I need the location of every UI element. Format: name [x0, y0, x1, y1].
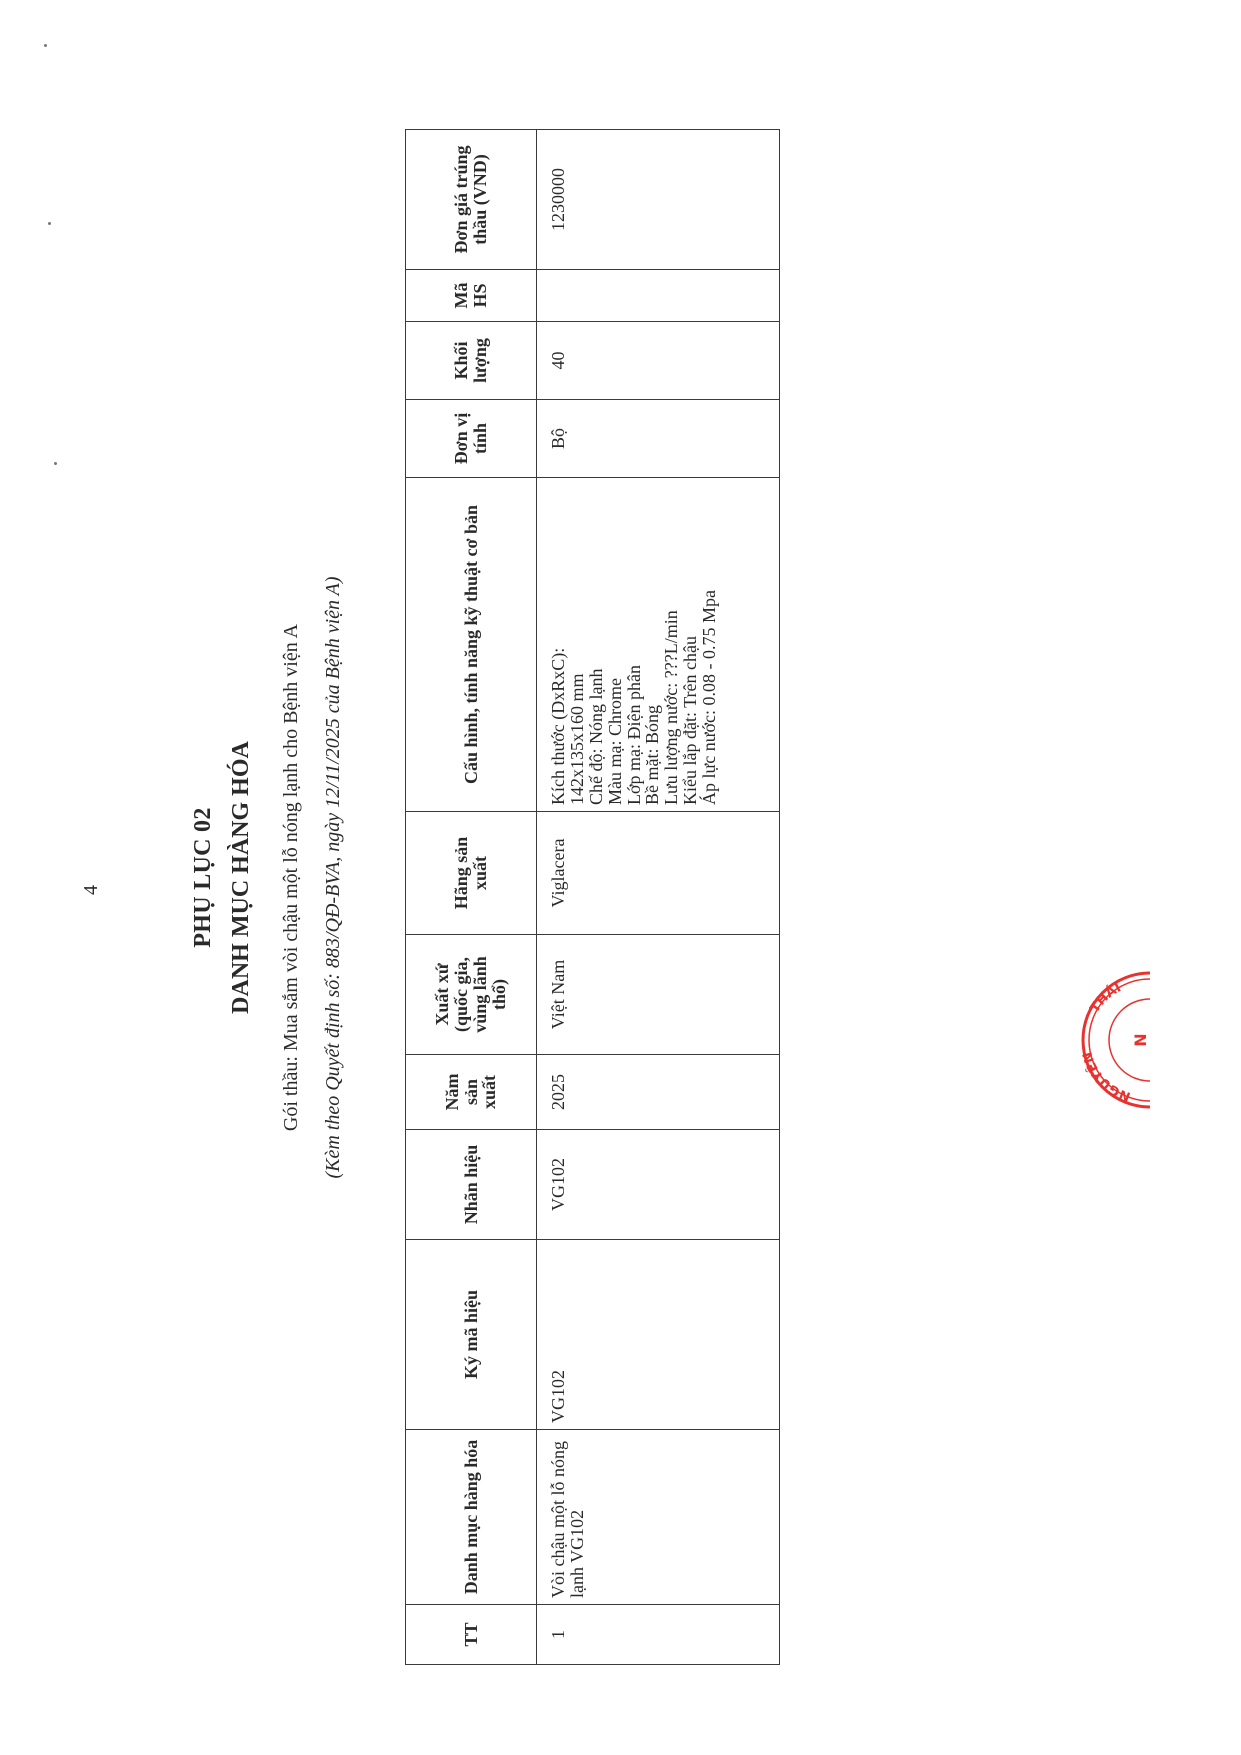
col-header-tt: TT: [406, 1605, 537, 1665]
col-header-specs: Cấu hình, tính năng kỹ thuật cơ bản: [406, 478, 537, 812]
col-header-manufacturer: Hãng sản xuất: [406, 812, 537, 935]
col-header-quantity: Khối lượng: [406, 322, 537, 400]
seal-text-bottom: NGUYÊN: [1080, 1050, 1132, 1104]
col-header-brand: Nhãn hiệu: [406, 1130, 537, 1240]
cell-unit-price: 1230000: [537, 130, 780, 270]
spec-line: Kích thước (DxRxC):: [549, 484, 568, 805]
spec-line: 142x135x160 mm: [568, 484, 587, 805]
col-header-model-code: Ký mã hiệu: [406, 1240, 537, 1430]
cell-manufacturer: Viglacera: [537, 812, 780, 935]
cell-year: 2025: [537, 1055, 780, 1130]
col-header-year: Năm sản xuất: [406, 1055, 537, 1130]
cell-model-code: VG102: [537, 1240, 780, 1430]
cell-origin: Việt Nam: [537, 935, 780, 1055]
spec-line: Lưu lượng nước: ???L/min: [662, 484, 681, 805]
cell-item: Vòi chậu một lỗ nóng lạnh VG102: [537, 1430, 780, 1605]
seal-stamp-icon: NGUYÊN THÁI N: [1070, 965, 1220, 1115]
header-row: TT Danh mục hàng hóa Ký mã hiệu Nhãn hiệ…: [406, 130, 537, 1665]
spec-line: Chế độ: Nóng lạnh: [587, 484, 606, 805]
page-number: 4: [80, 885, 103, 895]
col-header-unit: Đơn vị tính: [406, 400, 537, 478]
scan-speck: [54, 462, 57, 465]
appendix-title: PHỤ LỤC 02: [190, 0, 217, 1755]
col-header-origin: Xuất xứ (quốc gia, vùng lãnh thổ): [406, 935, 537, 1055]
rotated-page: 4 PHỤ LỤC 02 DANH MỤC HÀNG HÓA Gói thầu:…: [0, 0, 1241, 1755]
cell-unit: Bộ: [537, 400, 780, 478]
cell-specs: Kích thước (DxRxC): 142x135x160 mm Chế đ…: [537, 478, 780, 812]
col-header-hs-code: Mã HS: [406, 270, 537, 322]
spec-line: Màu mạ: Chrome: [606, 484, 625, 805]
cell-quantity: 40: [537, 322, 780, 400]
svg-text:THÁI: THÁI: [1087, 980, 1123, 1015]
seal-text-top: THÁI: [1087, 980, 1123, 1015]
spec-line: Kiểu lắp đặt: Trên chậu: [681, 484, 700, 805]
scan-speck: [44, 44, 47, 47]
seal-center: N: [1131, 1033, 1150, 1046]
package-name: Gói thầu: Mua sắm vòi chậu một lỗ nóng l…: [280, 0, 303, 1755]
cell-brand: VG102: [537, 1130, 780, 1240]
table-row: 1 Vòi chậu một lỗ nóng lạnh VG102 VG102 …: [537, 130, 780, 1665]
decision-reference: (Kèm theo Quyết định số: 883/QĐ-BVA, ngà…: [322, 0, 345, 1755]
svg-text:NGUYÊN: NGUYÊN: [1080, 1050, 1132, 1104]
cell-hs-code: [537, 270, 780, 322]
spec-line: Lớp mạ: Điện phân: [625, 484, 644, 805]
spec-line: Áp lực nước: 0.08 - 0.75 Mpa: [700, 484, 719, 805]
col-header-unit-price: Đơn giá trúng thầu (VND): [406, 130, 537, 270]
scan-speck: [48, 222, 51, 225]
document-title: DANH MỤC HÀNG HÓA: [228, 0, 255, 1755]
goods-table: TT Danh mục hàng hóa Ký mã hiệu Nhãn hiệ…: [405, 129, 780, 1665]
spec-line: Bề mặt: Bóng: [643, 484, 662, 805]
col-header-item: Danh mục hàng hóa: [406, 1430, 537, 1605]
cell-tt: 1: [537, 1605, 780, 1665]
